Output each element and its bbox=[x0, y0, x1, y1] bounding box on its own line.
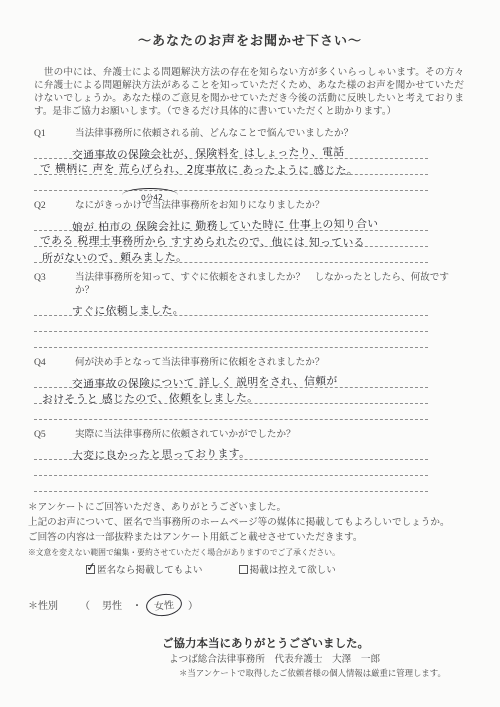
gender-label: ＊性別 bbox=[28, 597, 58, 612]
gender-paren-close: ） bbox=[188, 597, 198, 612]
question-header: Q2 なにがきっかけで当法律事務所をお知りになりましたか？ bbox=[34, 199, 466, 212]
question-text: なにがきっかけで当法律事務所をお知りになりましたか？ bbox=[75, 199, 466, 212]
question-header: Q5 実際に当法律事務所に依頼されていかがでしたか？ bbox=[34, 428, 466, 441]
consent-options-row: ✓ 匿名なら掲載してもよい 掲載は控えて欲しい bbox=[86, 562, 466, 576]
publication-detail-note: ご回答の内容は一部抜粋またはアンケート用紙ごと載せさせていただきます。 bbox=[28, 530, 466, 545]
answer-area: 娘が 柏市の 保険会社に 勤務していた時に 仕事上の知り合い である 税理士事務… bbox=[34, 215, 428, 263]
handwritten-answer: 所がないので、頼みました。 bbox=[42, 249, 187, 265]
question-number: Q2 bbox=[34, 199, 75, 212]
publication-ask-note: 上記のお声について、匿名で当事務所のホームページ等の媒体に掲載してもよろしいでし… bbox=[28, 515, 466, 530]
question-number: Q4 bbox=[34, 356, 75, 369]
answer-line: おけそうと 感じたので、依頼をしました。 bbox=[34, 388, 428, 404]
question-block-q3: Q3 当法律事務所を知って、すぐに依頼をされましたか？ しなかったとしたら、何故… bbox=[34, 271, 466, 348]
checkbox-anonymous-ok-checked: ✓ bbox=[86, 565, 95, 574]
question-text: 当法律事務所に依頼される前、どんなことで悩んでいましたか？ bbox=[75, 127, 466, 140]
question-header: Q3 当法律事務所を知って、すぐに依頼をされましたか？ しなかったとしたら、何故… bbox=[34, 271, 466, 297]
handwritten-check-mark: ✓ bbox=[85, 559, 97, 574]
question-number: Q5 bbox=[34, 428, 75, 441]
consent-option-label: 掲載は控えて欲しい bbox=[250, 562, 336, 576]
scanned-questionnaire-page: ～あなたのお声をお聞かせ下さい～ 世の中には、弁護士による問題解決方法の存在を知… bbox=[0, 0, 500, 707]
question-number: Q3 bbox=[34, 271, 75, 297]
page-title: ～あなたのお声をお聞かせ下さい～ bbox=[34, 30, 466, 49]
checkbox-decline-empty bbox=[239, 565, 248, 574]
privacy-note-line: ＊当アンケートで取得したご依頼者様の個人情報は厳重に管理します。 bbox=[162, 667, 466, 681]
consent-section: ＊アンケートにご回答いただき、ありがとうございました。 上記のお声について、匿名… bbox=[28, 500, 466, 576]
answer-line: である 税理士事務所から すすめられたので、他には 知っている bbox=[34, 231, 428, 247]
gender-paren-open: （ bbox=[80, 597, 90, 612]
answer-line: 0分42 bbox=[34, 175, 428, 191]
answer-line: 交通事故の保険会社が、保険料を はしょったり、電話 bbox=[34, 143, 428, 159]
question-block-q1: Q1 当法律事務所に依頼される前、どんなことで悩んでいましたか？ 交通事故の保険… bbox=[34, 127, 466, 191]
answer-line: 所がないので、頼みました。 bbox=[34, 247, 428, 263]
answer-line: 交通事故の保険について 詳しく 説明をされ、信頼が bbox=[34, 372, 428, 388]
office-signature-line: よつば総合法律事務所 代表弁護士 大澤 一郎 bbox=[162, 652, 466, 667]
gender-separator-dot: ・ bbox=[132, 597, 142, 612]
question-text: 当法律事務所を知って、すぐに依頼をされましたか？ しなかったとしたら、何故ですか… bbox=[75, 271, 466, 297]
answer-line bbox=[34, 316, 428, 332]
question-block-q2: Q2 なにがきっかけで当法律事務所をお知りになりましたか？ 娘が 柏市の 保険会… bbox=[34, 199, 466, 263]
answer-line bbox=[34, 476, 428, 492]
answer-area: すぐに依頼しました。 bbox=[34, 300, 428, 348]
answer-line bbox=[34, 460, 428, 476]
closing-block: ご協力本当にありがとうございました。 よつば総合法律事務所 代表弁護士 大澤 一… bbox=[34, 636, 466, 681]
question-text: 何が決め手となって当法律事務所に依頼をされましたか？ bbox=[75, 356, 466, 369]
answer-line: 大変に良かったと思っております。 bbox=[34, 444, 428, 460]
answer-line: すぐに依頼しました。 bbox=[34, 300, 428, 316]
question-number: Q1 bbox=[34, 127, 75, 140]
gender-option-female-circled: 女性 bbox=[145, 591, 183, 617]
consent-option-anonymous-ok: ✓ 匿名なら掲載してもよい bbox=[86, 562, 203, 576]
closing-thanks-line: ご協力本当にありがとうございました。 bbox=[162, 636, 466, 652]
question-header: Q4 何が決め手となって当法律事務所に依頼をされましたか？ bbox=[34, 356, 466, 369]
answer-area: 交通事故の保険について 詳しく 説明をされ、信頼が おけそうと 感じたので、依頼… bbox=[34, 372, 428, 420]
answer-area: 大変に良かったと思っております。 bbox=[34, 444, 428, 492]
question-block-q5: Q5 実際に当法律事務所に依頼されていかがでしたか？ 大変に良かったと思っており… bbox=[34, 428, 466, 492]
answer-line bbox=[34, 332, 428, 348]
gender-option-male: 男性 bbox=[102, 597, 122, 612]
intro-paragraph: 世の中には、弁護士による問題解決方法の存在を知らない方が多くいらっしゃいます。そ… bbox=[34, 66, 466, 118]
answer-line bbox=[34, 404, 428, 420]
answer-line: で 横柄に 声を 荒らげられ、2度事故に あったように 感じた。 bbox=[34, 159, 428, 175]
answer-line: 娘が 柏市の 保険会社に 勤務していた時に 仕事上の知り合い bbox=[34, 215, 428, 231]
consent-option-label: 匿名なら掲載してもよい bbox=[97, 562, 203, 576]
question-header: Q1 当法律事務所に依頼される前、どんなことで悩んでいましたか？ bbox=[34, 127, 466, 140]
fine-print-note: ※文意を変えない範囲で編集・要約させていただく場合がありますのでご了承ください。 bbox=[28, 546, 466, 559]
gender-row: ＊性別 （ 男性 ・ 女性 ） bbox=[28, 597, 466, 612]
answer-area: 交通事故の保険会社が、保険料を はしょったり、電話 で 横柄に 声を 荒らげられ… bbox=[34, 143, 428, 191]
survey-thanks-note: ＊アンケートにご回答いただき、ありがとうございました。 bbox=[28, 500, 466, 515]
question-block-q4: Q4 何が決め手となって当法律事務所に依頼をされましたか？ 交通事故の保険につい… bbox=[34, 356, 466, 420]
question-text: 実際に当法律事務所に依頼されていかがでしたか？ bbox=[75, 428, 466, 441]
consent-option-decline: 掲載は控えて欲しい bbox=[239, 562, 336, 576]
